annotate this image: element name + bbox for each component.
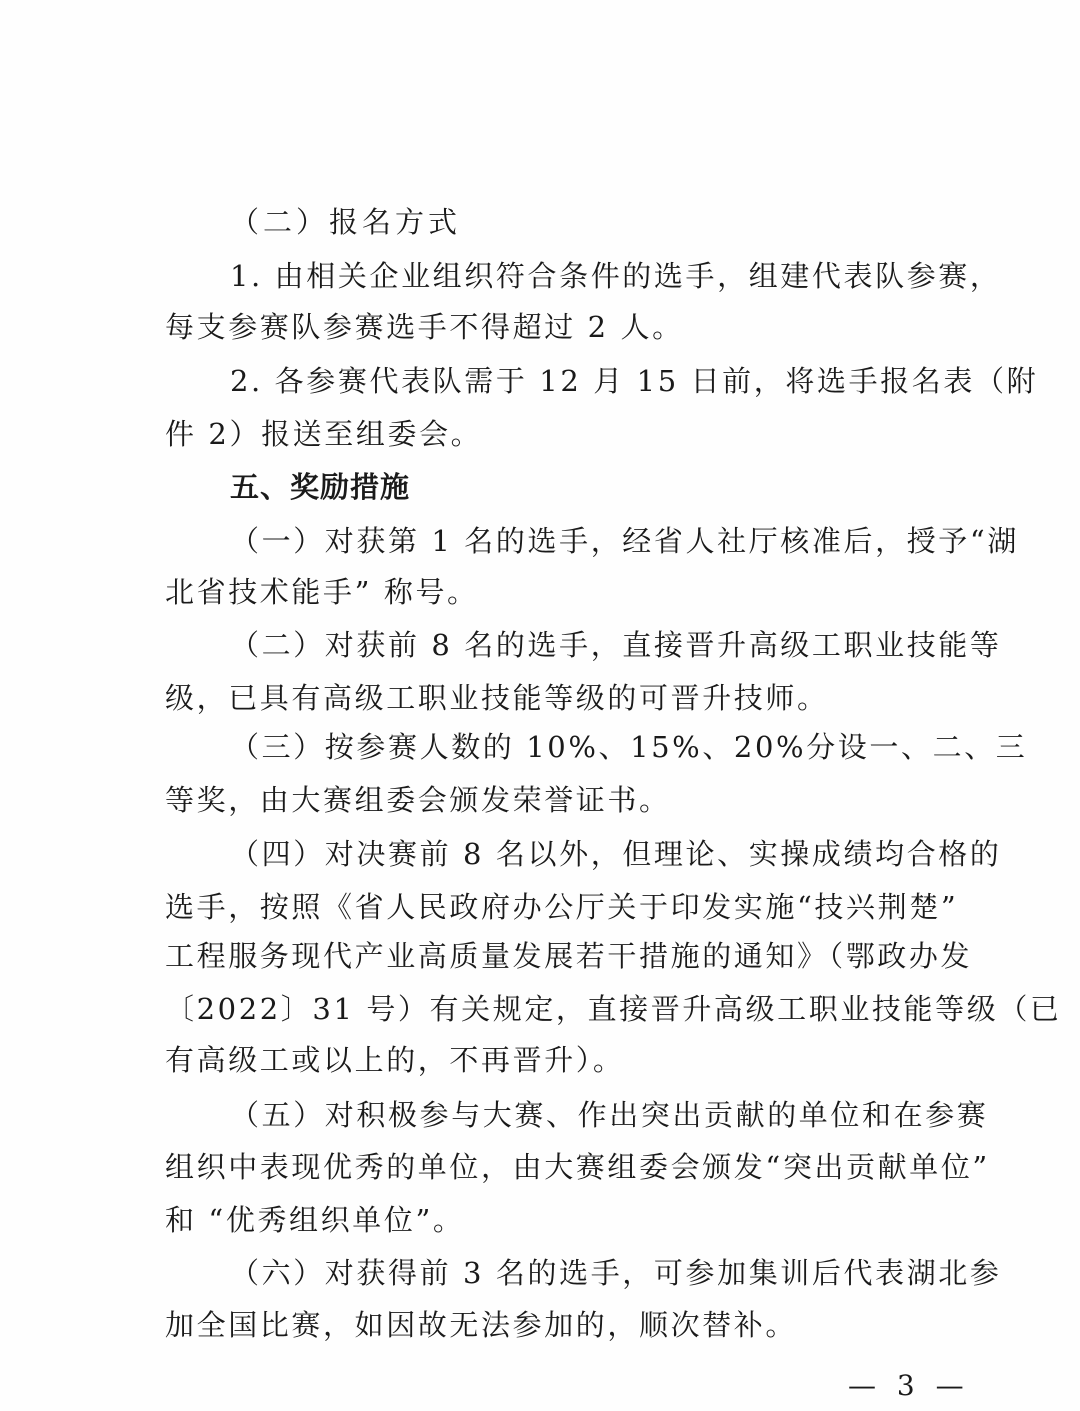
reward-item-5-line-2: 组织中表现优秀的单位，由大赛组委会颁发“突出贡献单位”	[165, 1149, 990, 1185]
registration-item-2-line-2: 件 2）报送至组委会。	[165, 416, 482, 452]
reward-item-3-line-2: 等奖，由大赛组委会颁发荣誉证书。	[165, 782, 671, 818]
section-heading-registration: （二）报名方式	[230, 204, 461, 240]
reward-item-4-line-1: （四）对决赛前 8 名以外，但理论、实操成绩均合格的	[230, 836, 1002, 872]
reward-item-3-line-1: （三）按参赛人数的 10%、15%、20%分设一、二、三	[230, 729, 1027, 765]
reward-item-4-line-5: 有高级工或以上的，不再晋升）。	[165, 1042, 625, 1078]
reward-item-5-line-1: （五）对积极参与大赛、作出突出贡献的单位和在参赛	[230, 1097, 988, 1133]
section-heading-rewards: 五、奖励措施	[230, 469, 410, 505]
registration-item-1-line-1: 1. 由相关企业组织符合条件的选手，组建代表队参赛，	[230, 258, 1002, 294]
reward-item-2-line-2: 级，已具有高级工职业技能等级的可晋升技师。	[165, 680, 829, 716]
document-page: （二）报名方式 1. 由相关企业组织符合条件的选手，组建代表队参赛， 每支参赛队…	[0, 0, 1080, 1411]
reward-item-4-line-2: 选手，按照《省人民政府办公厅关于印发实施“技兴荆楚”	[165, 889, 958, 925]
page-number: — 3 —	[848, 1368, 970, 1404]
reward-item-2-line-1: （二）对获前 8 名的选手，直接晋升高级工职业技能等	[230, 627, 1002, 663]
reward-item-1-line-1: （一）对获第 1 名的选手，经省人社厅核准后，授予“湖	[230, 523, 1019, 559]
registration-item-2-line-1: 2. 各参赛代表队需于 12 月 15 日前，将选手报名表（附	[230, 363, 1038, 399]
reward-item-5-line-3: 和 “优秀组织单位”。	[165, 1202, 464, 1238]
reward-item-4-line-3: 工程服务现代产业高质量发展若干措施的通知》（鄂政办发	[165, 938, 972, 974]
reward-item-6-line-1: （六）对获得前 3 名的选手，可参加集训后代表湖北参	[230, 1255, 1002, 1291]
registration-item-1-line-2: 每支参赛队参赛选手不得超过 2 人。	[165, 309, 684, 345]
reward-item-4-line-4: 〔2022〕31 号）有关规定，直接晋升高级工职业技能等级（已	[165, 991, 1062, 1027]
reward-item-1-line-2: 北省技术能手” 称号。	[165, 574, 479, 610]
reward-item-6-line-2: 加全国比赛，如因故无法参加的，顺次替补。	[165, 1307, 797, 1343]
